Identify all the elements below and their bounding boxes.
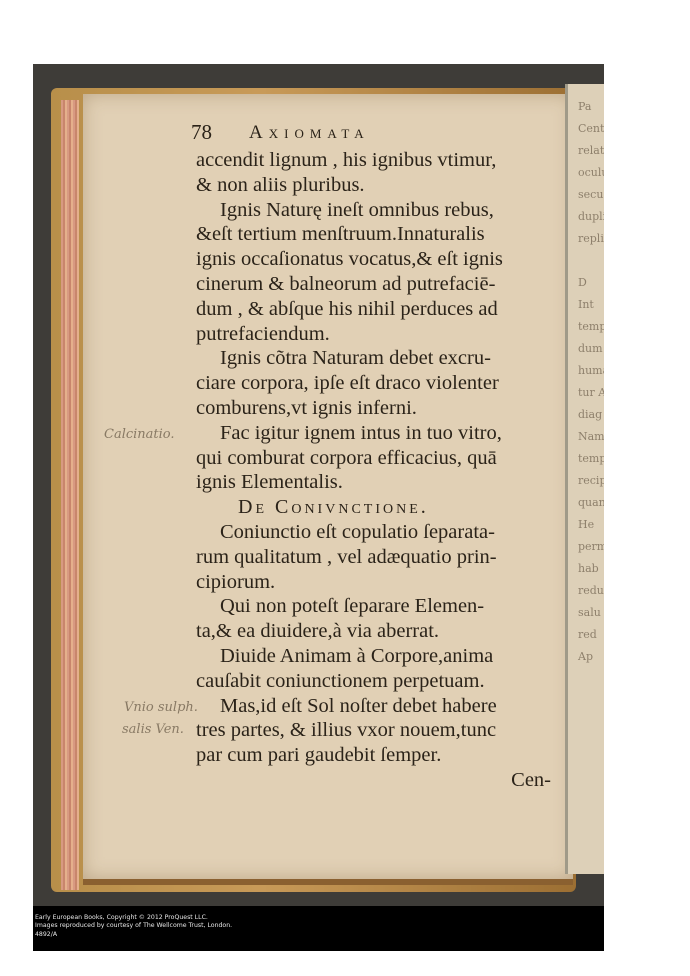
- catchword: Cen-: [196, 768, 551, 793]
- text-line: ciare corpora, ipſe eſt draco violenter: [196, 371, 566, 396]
- text-line: cipiorum.: [196, 570, 566, 595]
- facing-page: Pa Cent relatio oculum secu duplic repli…: [565, 84, 604, 874]
- page-header: 78 Axiomata: [191, 120, 521, 150]
- text-line: Ignis Naturę ineſt omnibus rebus,: [196, 198, 566, 223]
- text-line: dum , & abſque his nihil perduces ad: [196, 297, 566, 322]
- marginal-note: Calcinatio.: [104, 427, 175, 442]
- footer-copyright: Early European Books, Copyright © 2012 P…: [35, 914, 604, 922]
- footer-courtesy: Images reproduced by courtesy of The Wel…: [35, 922, 604, 930]
- text-line: Fac igitur ignem intus in tuo vitro,: [196, 421, 566, 446]
- text-line: Ignis cõtra Naturam debet excru-: [196, 346, 566, 371]
- text-line: Diuide Animam à Corpore,anima: [196, 644, 566, 669]
- text-line: qui comburat corpora efficacius, quā: [196, 446, 566, 471]
- text-line: cauſabit coniunctionem perpetuam.: [196, 669, 566, 694]
- text-line: ignis occaſionatus vocatus,& eſt ignis: [196, 247, 566, 272]
- section-heading: De Conivnctione.: [196, 495, 566, 520]
- copyright-footer: Early European Books, Copyright © 2012 P…: [33, 906, 604, 951]
- text-line: Qui non poteſt ſeparare Elemen-: [196, 594, 566, 619]
- running-title: Axiomata: [249, 122, 370, 144]
- facing-page-text: Pa Cent relatio oculum secu duplic repli…: [578, 96, 604, 668]
- text-line: putrefaciendum.: [196, 322, 566, 347]
- text-line: accendit lignum , his ignibus vtimur,: [196, 148, 566, 173]
- body-text: accendit lignum , his ignibus vtimur, & …: [196, 148, 566, 793]
- text-line: Coniunctio eſt copulatio ſeparata-: [196, 520, 566, 545]
- text-line: &eſt tertium menſtruum.Innaturalis: [196, 222, 566, 247]
- text-line: par cum pari gaudebit ſemper.: [196, 743, 566, 768]
- text-line: & non aliis pluribus.: [196, 173, 566, 198]
- text-line: rum qualitatum , vel adæquatio prin-: [196, 545, 566, 570]
- page-number: 78: [191, 120, 212, 145]
- text-line: ta,& ea diuidere,à via aberrat.: [196, 619, 566, 644]
- text-line: cinerum & balneorum ad putrefaciē-: [196, 272, 566, 297]
- text-line: tres partes, & illius vxor nouem,tunc: [196, 718, 566, 743]
- marginal-note: salis Ven.: [122, 722, 184, 737]
- text-line: Mas,id eſt Sol noſter debet habere: [196, 694, 566, 719]
- page-fore-edge: [61, 100, 79, 890]
- marginal-note: Vnio sulph.: [124, 700, 198, 715]
- footer-shelfmark: 4892/A: [35, 931, 604, 939]
- text-line: ignis Elementalis.: [196, 470, 566, 495]
- text-line: comburens,vt ignis inferni.: [196, 396, 566, 421]
